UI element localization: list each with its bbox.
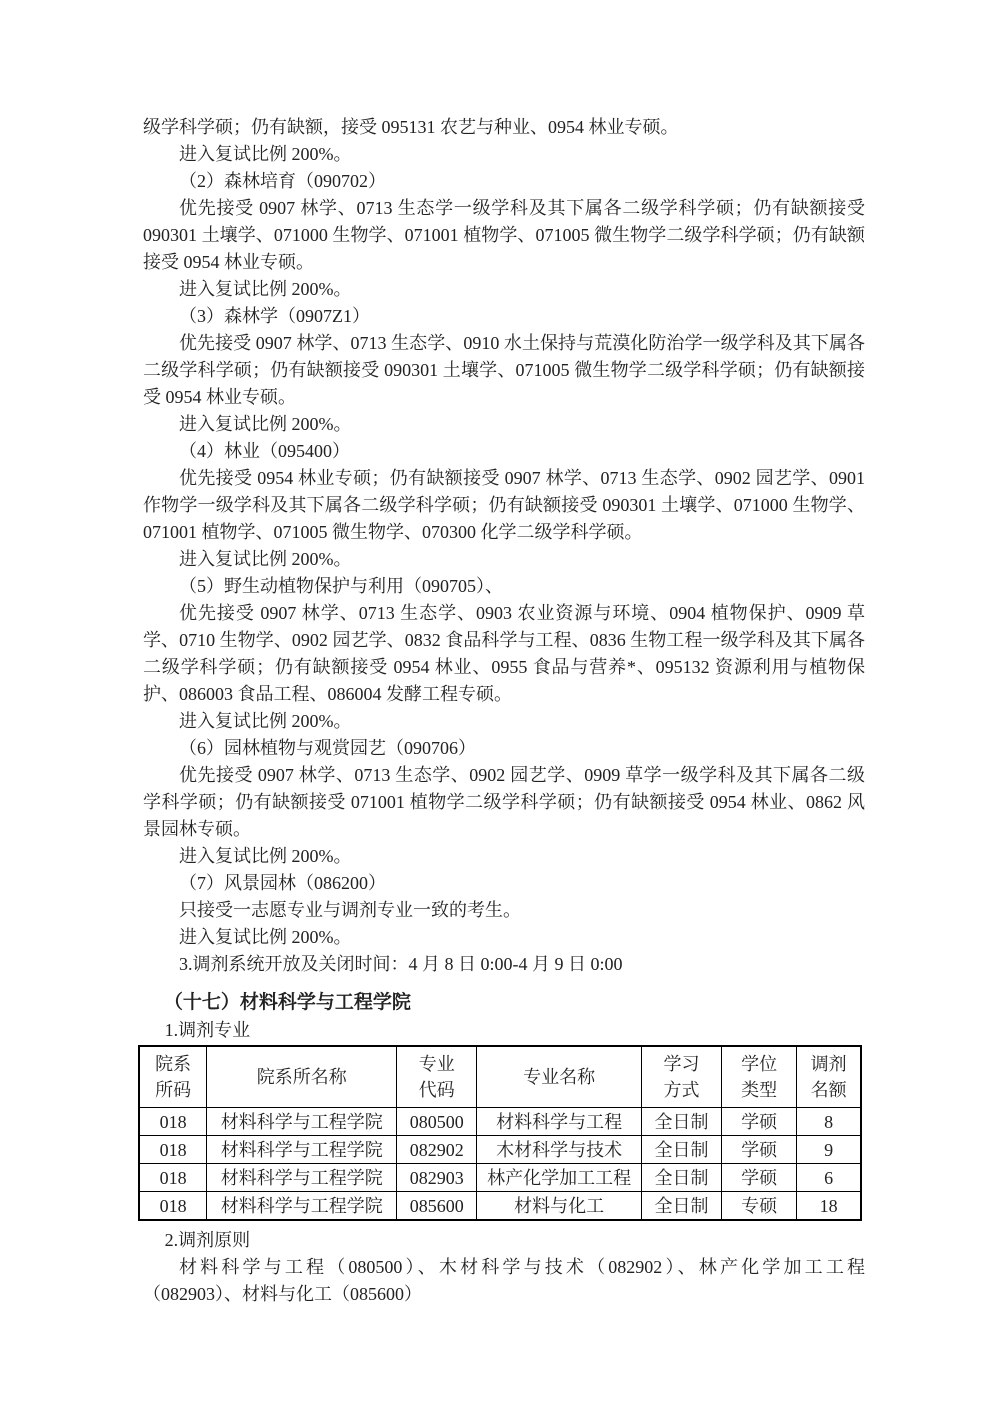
table-cell: 材料与化工	[477, 1192, 642, 1221]
table-row: 018材料科学与工程学院080500材料科学与工程全日制学硕8	[139, 1108, 861, 1136]
table-row: 018材料科学与工程学院085600材料与化工全日制专硕18	[139, 1192, 861, 1221]
paragraph: 优先接受 0907 林学、0713 生态学一级学科及其下属各二级学科学硕；仍有缺…	[143, 195, 865, 276]
paragraph: （7）风景园林（086200）	[143, 870, 865, 897]
paragraph: 进入复试比例 200%。	[143, 546, 865, 573]
paragraph: （6）园林植物与观赏园艺（090706）	[143, 735, 865, 762]
table-header-cell: 专业名称	[477, 1046, 642, 1108]
paragraph: 优先接受 0907 林学、0713 生态学、0903 农业资源与环境、0904 …	[143, 600, 865, 708]
paragraph: 级学科学硕；仍有缺额，接受 095131 农艺与种业、0954 林业专硕。	[143, 114, 865, 141]
paragraph: 进入复试比例 200%。	[143, 141, 865, 168]
table-header-cell: 调剂 名额	[797, 1046, 861, 1108]
table-cell: 9	[797, 1136, 861, 1164]
document-page: 级学科学硕；仍有缺额，接受 095131 农艺与种业、0954 林业专硕。进入复…	[0, 0, 1002, 1424]
paragraph: （3）森林学（0907Z1）	[143, 303, 865, 330]
paragraph: 3.调剂系统开放及关闭时间：4 月 8 日 0:00-4 月 9 日 0:00	[143, 951, 865, 978]
paragraph: 优先接受 0954 林业专硕；仍有缺额接受 0907 林学、0713 生态学、0…	[143, 465, 865, 546]
adjustment-majors-table: 院系 所码院系所名称专业 代码专业名称学习 方式学位 类型调剂 名额 018材料…	[138, 1045, 862, 1221]
table-cell: 018	[139, 1108, 207, 1136]
table-cell: 全日制	[641, 1192, 721, 1221]
body-text-block: 级学科学硕；仍有缺额，接受 095131 农艺与种业、0954 林业专硕。进入复…	[143, 114, 865, 978]
table-cell: 018	[139, 1192, 207, 1221]
paragraph: 进入复试比例 200%。	[143, 708, 865, 735]
table-cell: 材料科学与工程学院	[207, 1192, 397, 1221]
table-cell: 木材科学与技术	[477, 1136, 642, 1164]
paragraph: （4）林业（095400）	[143, 438, 865, 465]
table-cell: 18	[797, 1192, 861, 1221]
table-cell: 080500	[397, 1108, 477, 1136]
table-cell: 018	[139, 1164, 207, 1192]
table-cell: 材料科学与工程学院	[207, 1136, 397, 1164]
table-cell: 全日制	[641, 1164, 721, 1192]
table-cell: 082903	[397, 1164, 477, 1192]
table-cell: 材料科学与工程学院	[207, 1108, 397, 1136]
table-cell: 材料科学与工程	[477, 1108, 642, 1136]
table-row: 018材料科学与工程学院082902木材科学与技术全日制学硕9	[139, 1136, 861, 1164]
table-cell: 林产化学加工工程	[477, 1164, 642, 1192]
table-header-row: 院系 所码院系所名称专业 代码专业名称学习 方式学位 类型调剂 名额	[139, 1046, 861, 1108]
paragraph: 进入复试比例 200%。	[143, 411, 865, 438]
table-body: 018材料科学与工程学院080500材料科学与工程全日制学硕8018材料科学与工…	[139, 1108, 861, 1221]
paragraph: （2）森林培育（090702）	[143, 168, 865, 195]
paragraph: 进入复试比例 200%。	[143, 843, 865, 870]
table-cell: 专硕	[722, 1192, 797, 1221]
table-header-cell: 学位 类型	[722, 1046, 797, 1108]
table-cell: 全日制	[641, 1108, 721, 1136]
paragraph: 优先接受 0907 林学、0713 生态学、0902 园艺学、0909 草学一级…	[143, 762, 865, 843]
table-cell: 材料科学与工程学院	[207, 1164, 397, 1192]
paragraph: 进入复试比例 200%。	[143, 924, 865, 951]
section-heading: （十七）材料科学与工程学院	[143, 988, 865, 1017]
table-cell: 学硕	[722, 1136, 797, 1164]
paragraph: （5）野生动植物保护与利用（090705）、	[143, 573, 865, 600]
table-cell: 018	[139, 1136, 207, 1164]
table-cell: 6	[797, 1164, 861, 1192]
table-cell: 8	[797, 1108, 861, 1136]
table-cell: 085600	[397, 1192, 477, 1221]
table-cell: 082902	[397, 1136, 477, 1164]
table-header-cell: 学习 方式	[641, 1046, 721, 1108]
paragraph: 优先接受 0907 林学、0713 生态学、0910 水土保持与荒漠化防治学一级…	[143, 330, 865, 411]
table-header-cell: 院系所名称	[207, 1046, 397, 1108]
paragraph: 只接受一志愿专业与调剂专业一致的考生。	[143, 897, 865, 924]
paragraph: 进入复试比例 200%。	[143, 276, 865, 303]
table-header-cell: 专业 代码	[397, 1046, 477, 1108]
table-cell: 学硕	[722, 1164, 797, 1192]
table-header-cell: 院系 所码	[139, 1046, 207, 1108]
section-subheading: 1.调剂专业	[143, 1017, 865, 1044]
principle-heading: 2.调剂原则	[143, 1227, 865, 1254]
principle-text: 材料科学与工程（080500）、木材科学与技术（082902）、林产化学加工工程…	[143, 1254, 865, 1308]
table-cell: 全日制	[641, 1136, 721, 1164]
table-cell: 学硕	[722, 1108, 797, 1136]
page-content: 级学科学硕；仍有缺额，接受 095131 农艺与种业、0954 林业专硕。进入复…	[143, 114, 865, 1308]
table-row: 018材料科学与工程学院082903林产化学加工工程全日制学硕6	[139, 1164, 861, 1192]
